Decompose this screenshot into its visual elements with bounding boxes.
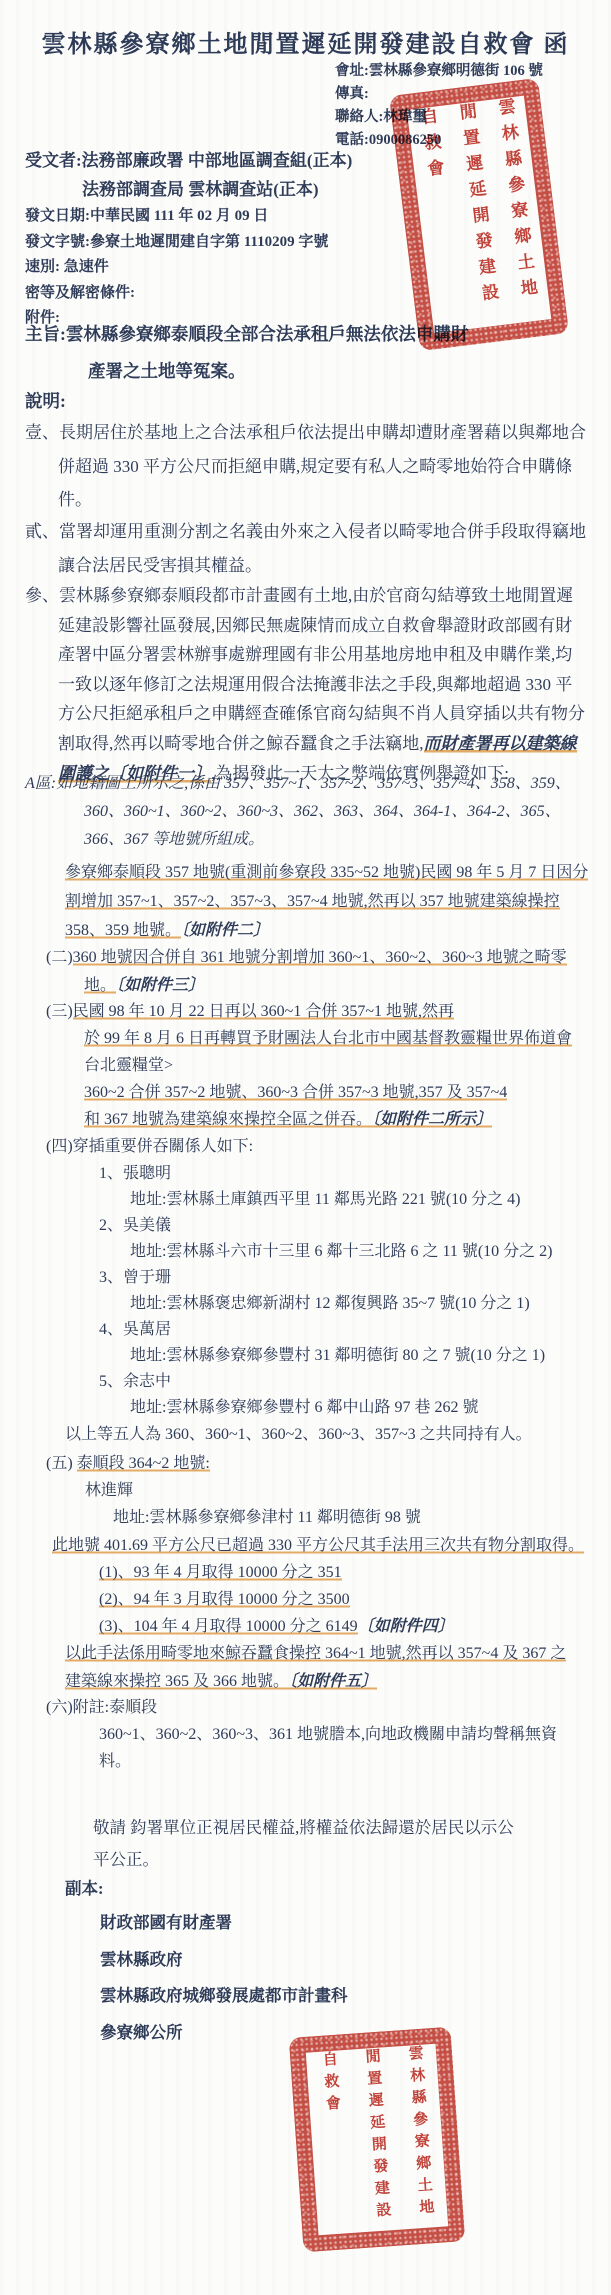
subclause-4: (四)穿插重要併吞關係人如下:: [46, 1133, 586, 1160]
attachment-2-note: 〔如附件二〕: [181, 922, 269, 939]
person-4-name: 4、吳萬居: [99, 1317, 579, 1343]
subclause-3-line-5: 和 367 地號為建築線來操控全區之併吞。: [84, 1111, 372, 1128]
subclause-3-line-3: 台北靈糧堂>: [84, 1057, 173, 1074]
reference-number: 發文字號:參寮土地遲閒建自字第 1110209 字號: [25, 230, 352, 256]
person-5-name: 5、余志中: [99, 1369, 579, 1395]
subclause-5-tail: 以此手法係用畸零地來鯨吞蠶食操控 364~1 地號,然再以 357~4 及 36…: [46, 1640, 591, 1694]
clause-2-text: 當署却運用重測分割之名義由外來之入侵者以畸零地合併手段取得竊地讓合法居民受害損其…: [58, 522, 586, 575]
parcel-357-paragraph: 參寮鄉泰順段 357 地號(重測前參寮段 335~52 地號)民國 98 年 5…: [65, 858, 589, 945]
subclause-5: (五) 泰順段 364~2 地號: 林進輝 地址:雲林縣參寮鄉參津村 11 鄰明…: [46, 1450, 591, 1695]
co-owners-summary: 以上等五人為 360、360~1、360~2、360~3、357~3 之共同持有…: [65, 1421, 532, 1444]
recipient-line-2: 法務部調查局 雲林調查站(正本): [25, 175, 352, 204]
clause-1-label: 壹、: [25, 423, 59, 442]
acquisition-3: (3)、104 年 4 月取得 10000 分之 6149〔如附件四〕: [46, 1613, 591, 1640]
closing-line-1: 敬請 鈞署單位正視居民權益,將權益依法歸還於居民以示公: [93, 1812, 563, 1844]
person-1-address: 地址:雲林縣土庫鎮西平里 11 鄰馬光路 221 號(10 分之 4): [99, 1187, 579, 1213]
person-2-address: 地址:雲林縣斗六市十三里 6 鄰十三北路 6 之 11 號(10 分之 2): [99, 1239, 579, 1265]
letter-title: 雲林縣參寮鄉土地閒置遲延開發建設自救會 函: [0, 24, 611, 59]
official-letter-page: 雲林縣參寮鄉土地閒置遲延開發建設自救會 函 會址:雲林縣參寮鄉明德街 106 號…: [0, 0, 611, 2295]
zone-a-label: A區:: [25, 775, 56, 792]
person-2-name: 2、吳美儀: [99, 1213, 579, 1239]
area-claim-line: 此地號 401.69 平方公尺已超過 330 平方公尺其手法用三次共有物分割取得…: [46, 1532, 591, 1559]
person-3-name: 3、曾于珊: [99, 1265, 579, 1291]
parcel-owner-name: 林進輝: [46, 1477, 591, 1504]
seal-red-border: 雲林縣參寮鄉土地閒置遲延開發建設自救會: [289, 2027, 466, 2253]
person-5-address: 地址:雲林縣參寮鄉參豐村 6 鄰中山路 97 巷 262 號: [99, 1395, 579, 1421]
seal-inner-panel: 雲林縣參寮鄉土地閒置遲延開發建設自救會: [407, 96, 552, 334]
recipient-line-1: 受文者:法務部廉政署 中部地區調查組(正本): [25, 146, 352, 175]
subclause-2: (二)360 地號因合併自 361 地號分割增加 360~1、360~2、360…: [46, 944, 586, 1000]
closing-request: 敬請 鈞署單位正視居民權益,將權益依法歸還於居民以示公 平公正。: [93, 1812, 563, 1876]
subclause-3-line-2: 於 99 年 8 月 6 日再轉買予財團法人台北市中國基督教靈糧世界佈道會: [84, 1030, 572, 1047]
zone-a-paragraph: A區:如地籍圖上所示之,係由 357、357~1、357~2、357~3、357…: [25, 770, 587, 854]
person-3-address: 地址:雲林縣褒忠鄉新湖村 12 鄰復興路 35~7 號(10 分之 1): [99, 1291, 579, 1317]
clause-1-text: 長期居住於基地上之合法承租戶依法提出申購却遭財產署藉以與鄰地合併超過 330 平…: [58, 423, 586, 509]
explanation-label: 說明:: [25, 388, 66, 413]
subclause-3: (三)民國 98 年 10 月 22 日再以 360~1 合併 357~1 地號…: [46, 998, 586, 1133]
attachment-4-note: 〔如附件四〕: [358, 1618, 454, 1635]
association-seal-bottom: 雲林縣參寮鄉土地閒置遲延開發建設自救會: [289, 2027, 466, 2253]
seal-script-text: 雲林縣參寮鄉土地閒置遲延開發建設自救會: [407, 96, 551, 334]
clause-2: 貳、當署却運用重測分割之名義由外來之入侵者以畸零地合併手段取得竊地讓合法居民受害…: [25, 515, 587, 582]
attachment-2-shown-note: 〔如附件二所示〕: [372, 1111, 492, 1128]
person-1-name: 1、張聰明: [99, 1161, 579, 1187]
seal-inner-panel: 雲林縣參寮鄉土地閒置遲延開發建設自救會: [306, 2044, 448, 2236]
issue-date: 發文日期:中華民國 111 年 02 月 09 日: [25, 204, 352, 230]
subclause-3-line-1: 民國 98 年 10 月 22 日再以 360~1 合併 357~1 地號,然再: [73, 1003, 454, 1020]
cc-recipient-2: 雲林縣政府: [100, 1942, 348, 1979]
subclause-5-head: (五) 泰順段 364~2 地號:: [46, 1450, 591, 1477]
seal-red-border: 雲林縣參寮鄉土地閒置遲延開發建設自救會: [389, 78, 569, 351]
clause-3: 參、雲林縣參寮鄉泰順段都市計畫國有土地,由於官商勾結導致土地閒置遲延建設影響社區…: [25, 581, 587, 788]
parcel-owner-address: 地址:雲林縣參寮鄉參津村 11 鄰明德街 98 號: [46, 1504, 591, 1531]
speed-class: 速別: 急速件: [25, 255, 352, 281]
subclause-2-label: (二): [46, 949, 73, 966]
subclause-4-label: (四): [46, 1138, 73, 1155]
clause-2-label: 貳、: [25, 522, 59, 541]
related-persons-list: 1、張聰明 地址:雲林縣土庫鎮西平里 11 鄰馬光路 221 號(10 分之 4…: [99, 1161, 579, 1421]
acquisition-1: (1)、93 年 4 月取得 10000 分之 351: [46, 1559, 591, 1586]
cc-recipient-1: 財政部國有財產署: [100, 1905, 348, 1942]
attachment-5-note: 〔如附件五〕: [289, 1673, 377, 1690]
cc-label: 副本:: [65, 1875, 104, 1899]
security-class: 密等及解密條件:: [25, 281, 352, 307]
subclause-6-head: 附註:泰順段: [73, 1699, 157, 1716]
clause-3-label: 參、: [25, 586, 59, 605]
acquisition-2: (2)、94 年 3 月取得 10000 分之 3500: [46, 1586, 591, 1613]
association-seal-top: 雲林縣參寮鄉土地閒置遲延開發建設自救會: [389, 78, 569, 351]
closing-line-2: 平公正。: [93, 1844, 563, 1876]
subclause-6-line-1: 360~1、360~2、360~3、361 地號謄本,向地政機關申請均聲稱無資: [46, 1721, 586, 1748]
contact-address: 會址:雲林縣參寮鄉明德街 106 號: [335, 60, 543, 83]
seal-script-text: 雲林縣參寮鄉土地閒置遲延開發建設自救會: [306, 2044, 447, 2236]
clause-1: 壹、長期居住於基地上之合法承租戶依法提出申購却遭財產署藉以與鄰地合併超過 330…: [25, 416, 587, 517]
letter-meta-block: 受文者:法務部廉政署 中部地區調查組(正本) 法務部調查局 雲林調查站(正本) …: [25, 146, 352, 332]
attachment-3-note: 〔如附件三〕: [116, 977, 204, 994]
cc-recipient-3: 雲林縣政府城鄉發展處都市計畫科: [100, 1978, 348, 2015]
clause-3-text: 雲林縣參寮鄉泰順段都市計畫國有土地,由於官商勾結導致土地閒置遲延建設影響社區發展…: [58, 586, 585, 753]
parcel-357-text: 參寮鄉泰順段 357 地號(重測前參寮段 335~52 地號)民國 98 年 5…: [65, 864, 588, 939]
zone-a-text: 如地籍圖上所示之,係由 357、357~1、357~2、357~3、357~4、…: [56, 775, 571, 848]
cc-recipients-list: 財政部國有財產署 雲林縣政府 雲林縣政府城鄉發展處都市計畫科 參寮鄉公所: [100, 1905, 348, 2051]
subclause-6: (六)附註:泰順段 360~1、360~2、360~3、361 地號謄本,向地政…: [46, 1694, 586, 1775]
subclause-6-line-2: 料。: [46, 1748, 586, 1775]
person-4-address: 地址:雲林縣參寮鄉參豐村 31 鄰明德街 80 之 7 號(10 分之 1): [99, 1343, 579, 1369]
subclause-3-line-4: 360~2 合併 357~2 地號、360~3 合併 357~3 地號,357 …: [84, 1084, 507, 1101]
subclause-3-label: (三): [46, 1003, 73, 1020]
subject-line-2: 產署之土地等冤案。: [25, 353, 570, 390]
subclause-6-label: (六): [46, 1699, 73, 1716]
subclause-4-head: 穿插重要併吞關係人如下:: [73, 1138, 253, 1155]
